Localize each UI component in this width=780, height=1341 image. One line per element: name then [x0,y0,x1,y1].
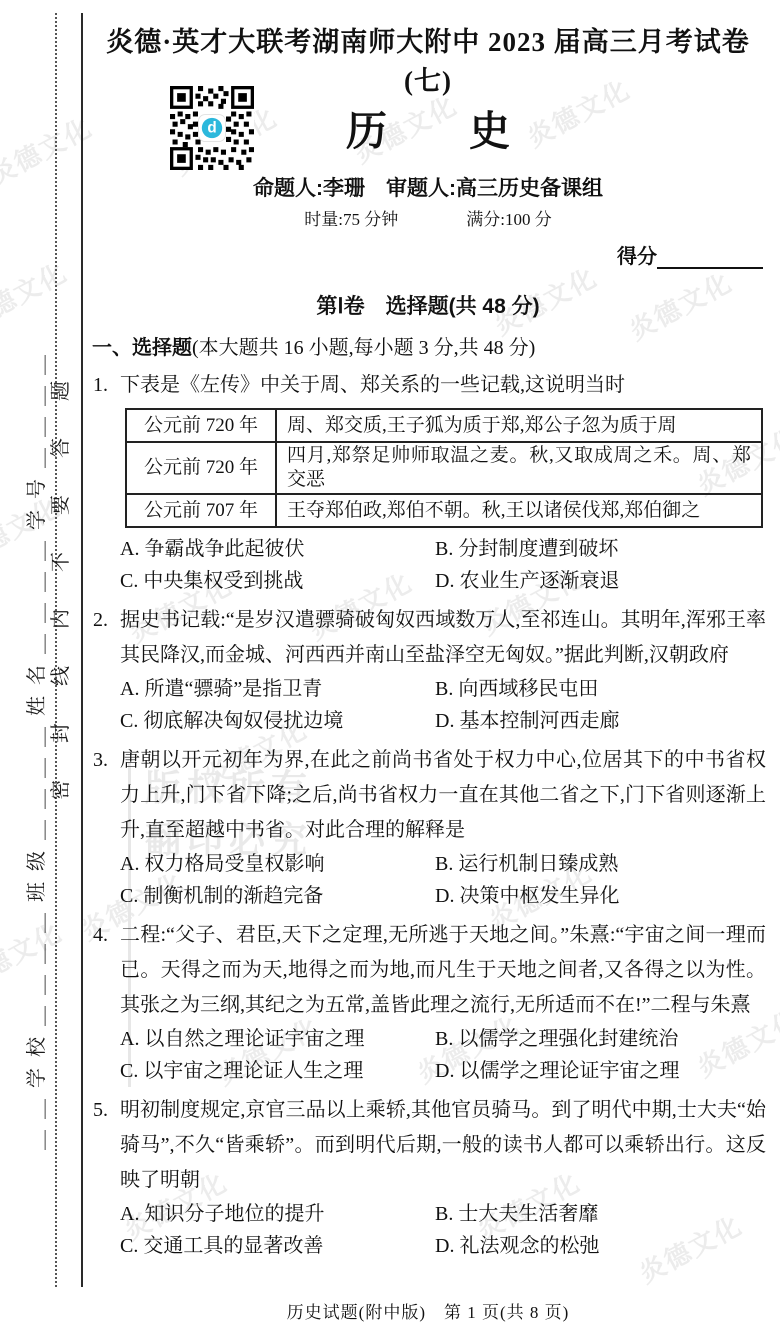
question-1-table: 公元前 720 年 周、郑交质,王子狐为质于郑,郑公子忽为质于周 公元前 720… [125,408,763,528]
option-d: D. 以儒学之理论证宇宙之理 [435,1055,766,1087]
seal-line-text: 密封线内不要答题 [44,330,73,800]
score-row: 得分 [617,243,763,269]
question-number: 3. [93,743,108,778]
table-cell-year: 公元前 720 年 [126,442,276,494]
question-stem: 明初制度规定,京官三品以上乘轿,其他官员骑马。到了明代中期,士大夫“始骑马”,不… [120,1099,766,1191]
time-score-line: 时量:75 分钟 满分:100 分 [90,205,766,230]
option-a: A. 以自然之理论证宇宙之理 [120,1023,435,1055]
option-group: A. 知识分子地位的提升 B. 士大夫生活奢靡 C. 交通工具的显著改善 D. … [120,1198,766,1262]
option-b: B. 以儒学之理强化封建统治 [435,1023,766,1055]
option-group: A. 权力格局受皇权影响 B. 运行机制日臻成熟 C. 制衡机制的渐趋完备 D.… [120,848,766,912]
subject-title: 历 史 [90,98,766,157]
part1-heading: 第Ⅰ卷 选择题(共 48 分) [90,290,766,320]
option-group: A. 争霸战争此起彼伏 B. 分封制度遭到破坏 C. 中央集权受到挑战 D. 农… [120,533,766,597]
table-cell-record: 王夺郑伯政,郑伯不朝。秋,王以诸侯伐郑,郑伯御之 [276,494,762,527]
option-b: B. 士大夫生活奢靡 [435,1198,766,1230]
option-d: D. 基本控制河西走廊 [435,705,766,737]
table-cell-record: 周、郑交质,王子狐为质于郑,郑公子忽为质于周 [276,409,762,442]
option-b: B. 向西域移民屯田 [435,673,766,705]
section-heading-note: (本大题共 16 小题,每小题 3 分,共 48 分) [192,337,535,359]
question-stem: 二程:“父子、君臣,天下之定理,无所逃于天地之间。”朱熹:“宇宙之间一理而已。天… [120,924,766,1016]
question-number: 1. [93,368,108,403]
option-c: C. 中央集权受到挑战 [120,565,435,597]
paper-content: 炎德·英才大联考湖南师大附中 2023 届高三月考试卷(七) d 历 史 [90,0,766,1341]
option-a: A. 权力格局受皇权影响 [120,848,435,880]
brand-watermark: 炎德文化 [0,107,98,192]
question-1: 1. 下表是《左传》中关于周、郑关系的一些记载,这说明当时 公元前 720 年 … [90,368,766,597]
question-number: 2. [93,603,108,638]
question-stem: 唐朝以开元初年为界,在此之前尚书省处于权力中心,位居其下的中书省权力上升,门下省… [120,749,766,841]
option-d: D. 礼法观念的松弛 [435,1230,766,1262]
exam-page: 炎德文化 炎德文化 炎德文化 炎德文化 炎德文化 炎德文化 炎德文化 炎德文化 … [0,0,780,1341]
question-number: 5. [93,1093,108,1128]
table-row: 公元前 707 年 王夺郑伯政,郑伯不朝。秋,王以诸侯伐郑,郑伯御之 [126,494,762,527]
setter-line: 命题人:李珊 审题人:高三历史备课组 [90,172,766,202]
option-group: A. 所遣“骠骑”是指卫青 B. 向西域移民屯田 C. 彻底解决匈奴侵扰边境 D… [120,673,766,737]
table-cell-record: 四月,郑祭足帅师取温之麦。秋,又取成周之禾。周、郑交恶 [276,442,762,494]
table-cell-year: 公元前 720 年 [126,409,276,442]
option-a: A. 所遣“骠骑”是指卫青 [120,673,435,705]
option-c: C. 交通工具的显著改善 [120,1230,435,1262]
margin-rule-line [81,13,83,1287]
option-d: D. 农业生产逐渐衰退 [435,565,766,597]
option-b: B. 运行机制日臻成熟 [435,848,766,880]
table-row: 公元前 720 年 四月,郑祭足帅师取温之麦。秋,又取成周之禾。周、郑交恶 [126,442,762,494]
page-footer: 历史试题(附中版) 第 1 页(共 8 页) [90,1298,766,1323]
question-5: 5. 明初制度规定,京官三品以上乘轿,其他官员骑马。到了明代中期,士大夫“始骑马… [90,1093,766,1262]
option-c: C. 制衡机制的渐趋完备 [120,880,435,912]
question-2: 2. 据史书记载:“是岁汉遣骠骑破匈奴西域数万人,至祁连山。其明年,浑邪王率其民… [90,603,766,737]
option-a: A. 争霸战争此起彼伏 [120,533,435,565]
option-group: A. 以自然之理论证宇宙之理 B. 以儒学之理强化封建统治 C. 以宇宙之理论证… [120,1023,766,1087]
question-3: 3. 唐朝以开元初年为界,在此之前尚书省处于权力中心,位居其下的中书省权力上升,… [90,743,766,912]
section-heading-title: 一、选择题 [92,337,192,359]
score-blank [657,243,763,269]
option-b: B. 分封制度遭到破坏 [435,533,766,565]
option-c: C. 彻底解决匈奴侵扰边境 [120,705,435,737]
score-label: 得分 [617,245,657,269]
question-stem: 据史书记载:“是岁汉遣骠骑破匈奴西域数万人,至祁连山。其明年,浑邪王率其民降汉,… [120,609,766,666]
table-row: 公元前 720 年 周、郑交质,王子狐为质于郑,郑公子忽为质于周 [126,409,762,442]
section-heading: 一、选择题(本大题共 16 小题,每小题 3 分,共 48 分) [92,334,535,362]
question-4: 4. 二程:“父子、君臣,天下之定理,无所逃于天地之间。”朱熹:“宇宙之间一理而… [90,918,766,1087]
question-stem: 下表是《左传》中关于周、郑关系的一些记载,这说明当时 [120,374,625,396]
option-c: C. 以宇宙之理论证人生之理 [120,1055,435,1087]
table-cell-year: 公元前 707 年 [126,494,276,527]
question-list: 1. 下表是《左传》中关于周、郑关系的一些记载,这说明当时 公元前 720 年 … [90,368,766,1268]
option-a: A. 知识分子地位的提升 [120,1198,435,1230]
question-number: 4. [93,918,108,953]
option-d: D. 决策中枢发生异化 [435,880,766,912]
